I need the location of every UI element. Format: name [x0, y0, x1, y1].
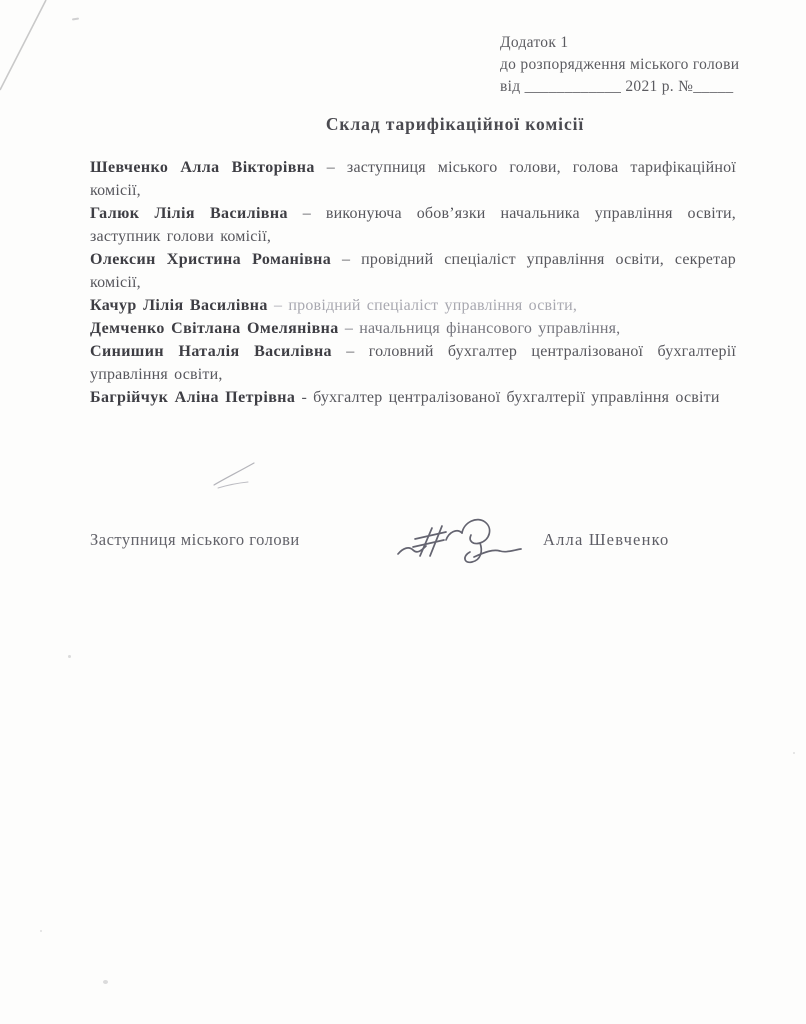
member-entry-shevchenko: Шевченко Алла Вікторівна – заступниця мі…: [90, 156, 736, 202]
member-entry-oleksyn: Олексин Христина Романівна – провідний с…: [90, 248, 736, 294]
member-role: - бухгалтер централізованої бухгалтерії …: [301, 389, 719, 406]
document-title: Склад тарифікаційної комісії: [326, 114, 584, 135]
member-name: Качур Лілія Василівна: [90, 297, 268, 314]
annex-line-2: до розпорядження міського голови: [500, 54, 790, 76]
member-name: Синишин Наталія Василівна: [90, 343, 332, 360]
scan-noise-speck: [68, 655, 71, 658]
member-role: – провідний спеціаліст управління освіти…: [274, 297, 577, 314]
signatory-name: Алла Шевченко: [543, 530, 669, 550]
fold-crease-line: [0, 0, 130, 130]
member-entry-demchenko: Демченко Світлана Омелянівна – начальниц…: [90, 317, 736, 340]
member-entry-kachur: Качур Лілія Василівна – провідний спеціа…: [90, 294, 736, 317]
member-entry-bahriichuk: Багрійчук Аліна Петрівна - бухгалтер цен…: [90, 386, 736, 409]
member-entry-haliuk: Галюк Лілія Василівна – виконуюча обов’я…: [90, 202, 736, 248]
annex-reference-block: Додаток 1 до розпорядження міського голо…: [500, 32, 790, 98]
annex-line-1: Додаток 1: [500, 32, 790, 54]
member-name: Галюк Лілія Василівна: [90, 205, 288, 222]
member-name: Демченко Світлана Омелянівна: [90, 320, 339, 337]
member-entry-synyshyn: Синишин Наталія Василівна – головний бух…: [90, 340, 736, 386]
annex-line-3: від ____________ 2021 р. №_____: [500, 76, 790, 98]
commission-members-list: Шевченко Алла Вікторівна – заступниця мі…: [90, 156, 736, 409]
scanned-document-page: { "document": { "annex": { "line1": "Дод…: [0, 0, 806, 1024]
scan-noise-speck: [793, 752, 795, 754]
handwritten-signature: [393, 506, 525, 570]
signatory-position-label: Заступниця міського голови: [90, 530, 300, 550]
stray-pen-scribble: [210, 455, 262, 495]
member-name: Олексин Христина Романівна: [90, 251, 331, 268]
member-name: Шевченко Алла Вікторівна: [90, 159, 315, 176]
scan-noise-speck: [103, 980, 108, 984]
scan-noise-speck: [40, 930, 42, 932]
member-name: Багрійчук Аліна Петрівна: [90, 389, 295, 406]
member-role: – начальниця фінансового управління,: [345, 320, 621, 337]
scan-noise-speck: [72, 18, 79, 21]
